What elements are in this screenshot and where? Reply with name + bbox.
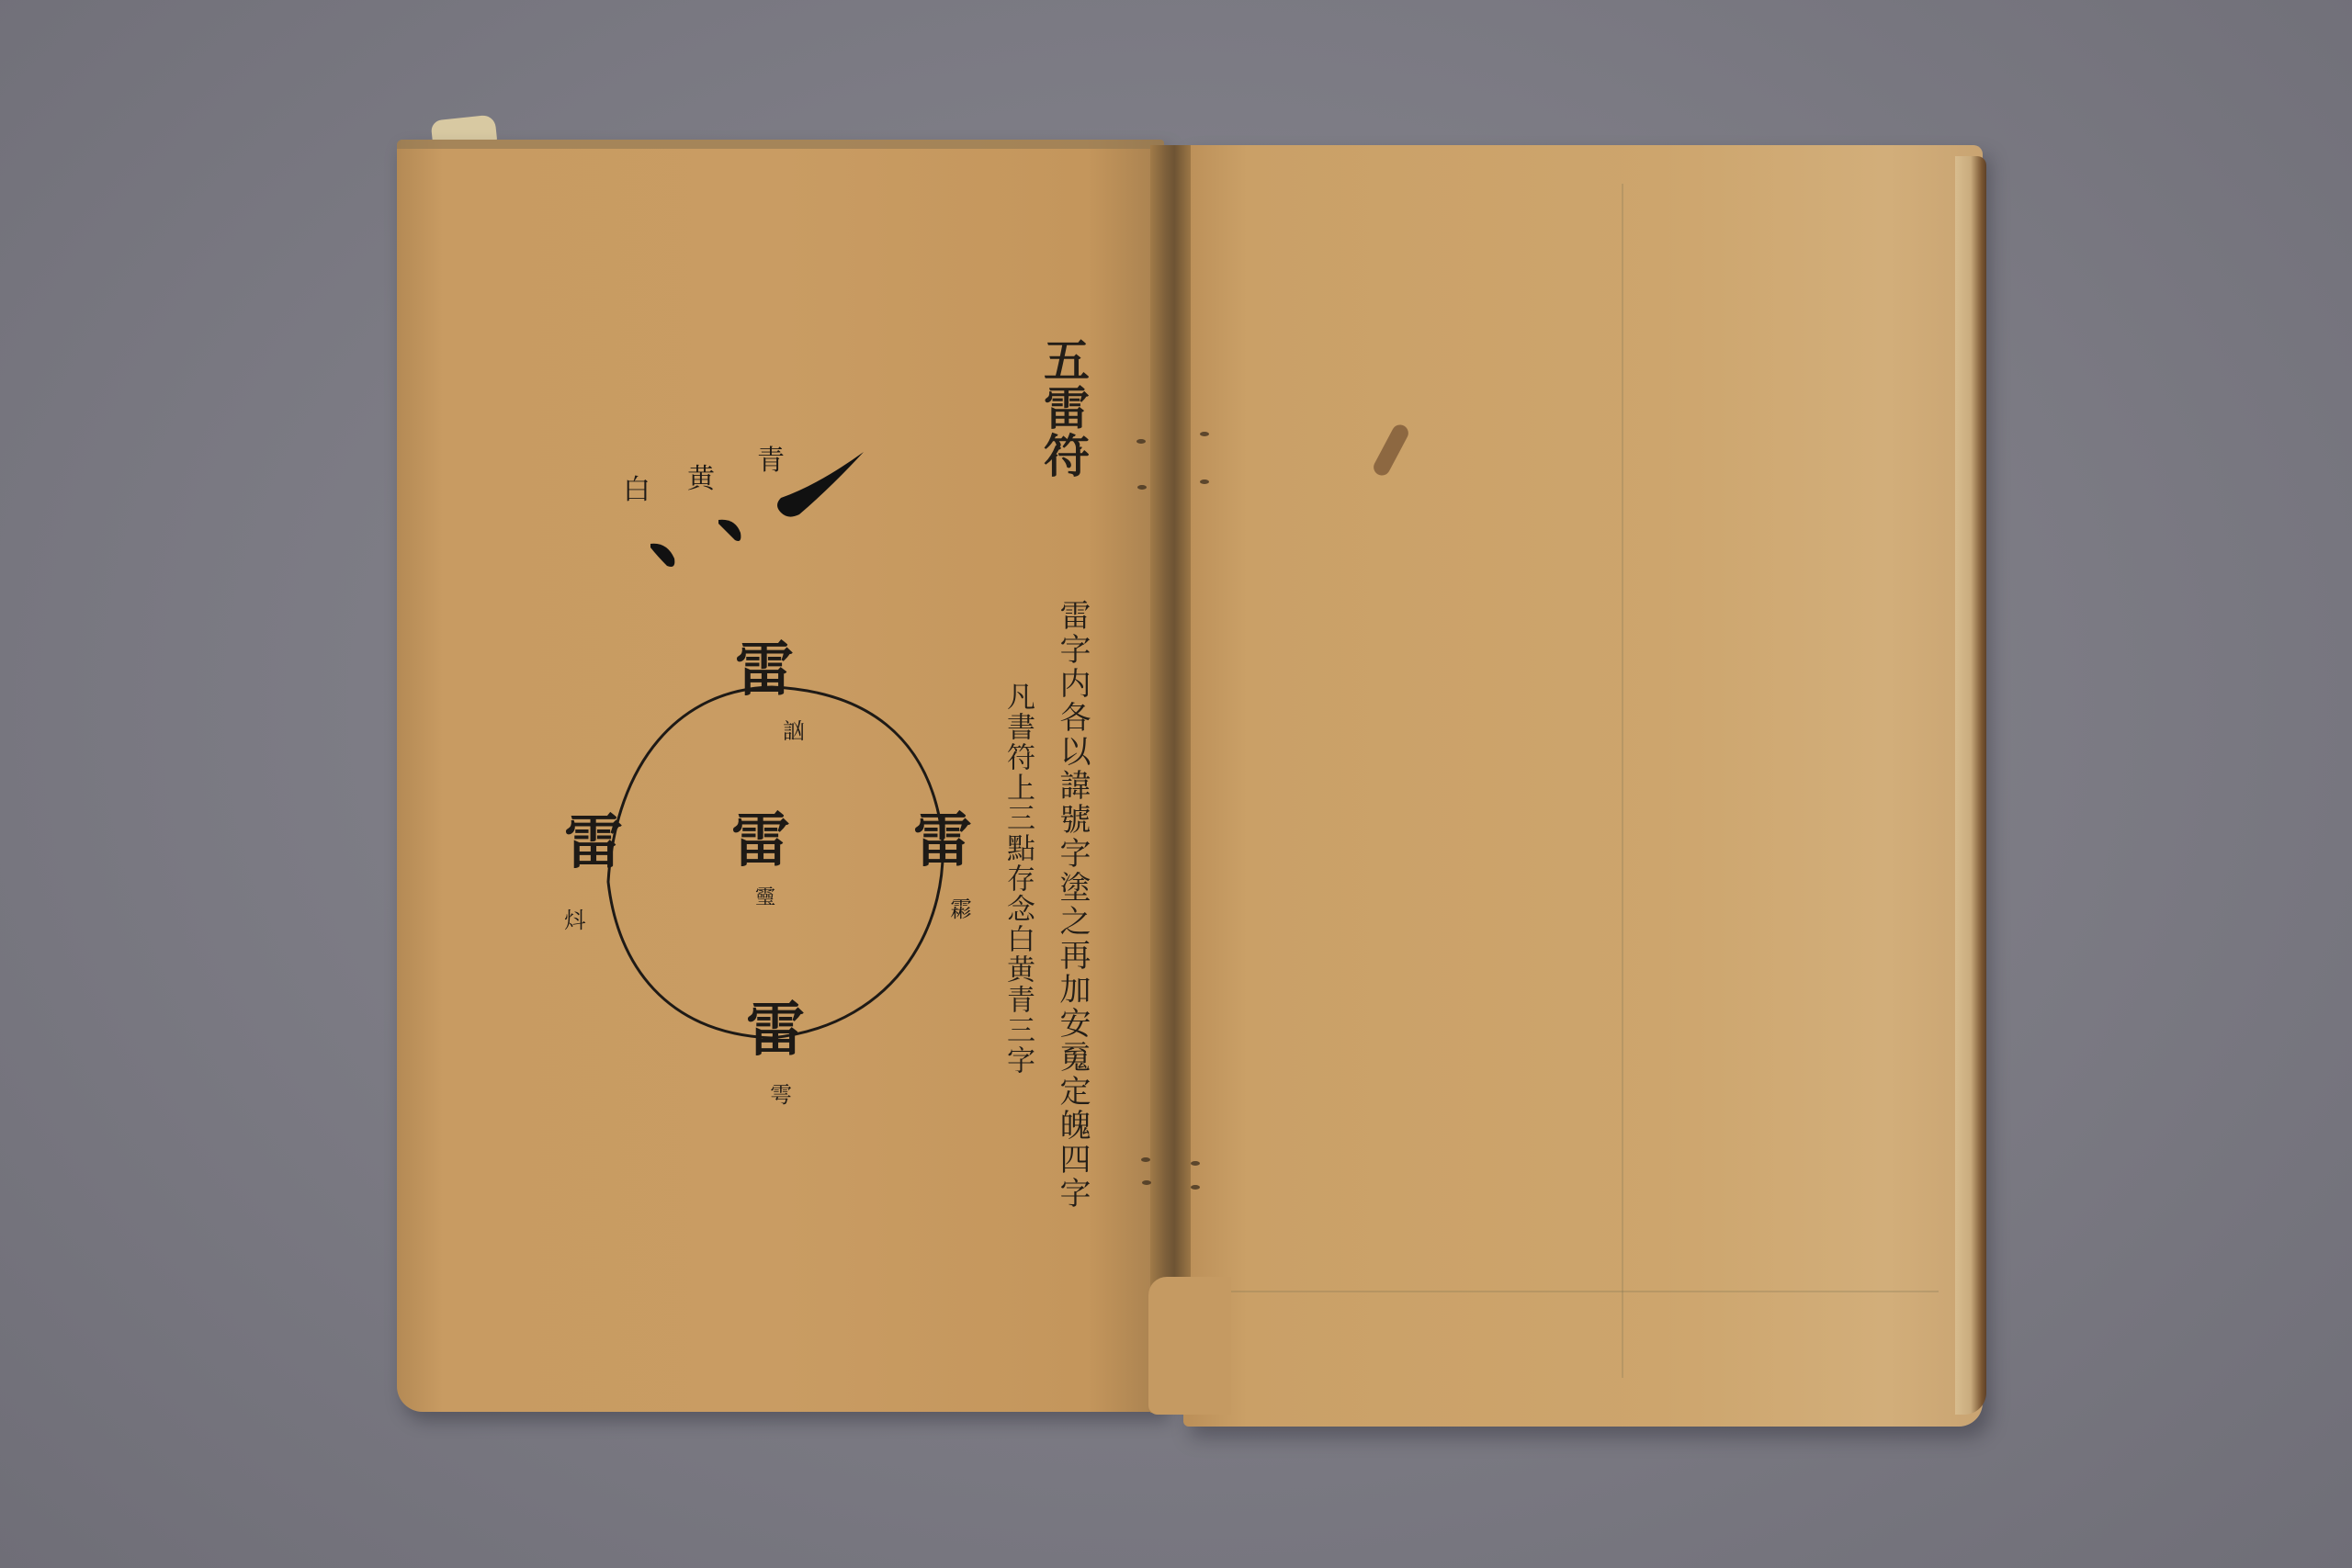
torn-corner (1148, 1277, 1231, 1415)
stitch-hole (1191, 1185, 1200, 1190)
stitch-hole (1142, 1180, 1151, 1185)
stitch-hole (1136, 439, 1146, 444)
lei-top-note: 訩 (783, 720, 805, 743)
lei-top: 雷 (735, 641, 794, 700)
lei-left-note: 炓 (564, 909, 586, 932)
stitch-hole (1141, 1157, 1150, 1162)
lei-center-note: 𩆜 (755, 887, 775, 908)
lei-bottom: 雷 (746, 1001, 805, 1060)
lei-right: 雷 (913, 812, 972, 871)
book-spread: 五雷符 雷字内各以諱號字塗之再加安䰟定魄四字 凡書符上三點存念白黄青三字 青 黄… (0, 0, 2352, 1568)
dot-bai-stroke (650, 544, 674, 567)
dot-qing-stroke (777, 452, 864, 517)
instruction-column-1: 雷字内各以諱號字塗之再加安䰟定魄四字 (1057, 599, 1088, 1211)
lei-bottom-note: 雩 (770, 1084, 792, 1107)
three-dots-strokes (634, 441, 873, 579)
lei-center: 雷 (731, 812, 790, 871)
right-page (1183, 145, 1983, 1427)
stitch-hole (1137, 485, 1147, 490)
fold-line (1213, 1291, 1939, 1292)
page-title: 五雷符 (1040, 336, 1086, 479)
dot-huang-stroke (718, 520, 741, 541)
lei-right-note: 霦 (950, 898, 972, 921)
fold-line (1622, 184, 1623, 1378)
instruction-column-2: 凡書符上三點存念白黄青三字 (1003, 682, 1032, 1076)
stitch-hole (1191, 1161, 1200, 1166)
stitch-hole (1200, 432, 1209, 436)
lei-left: 雷 (564, 814, 623, 873)
spine-gutter (1150, 145, 1191, 1413)
stitch-hole (1200, 479, 1209, 484)
page-stack-edge (1955, 156, 1986, 1415)
